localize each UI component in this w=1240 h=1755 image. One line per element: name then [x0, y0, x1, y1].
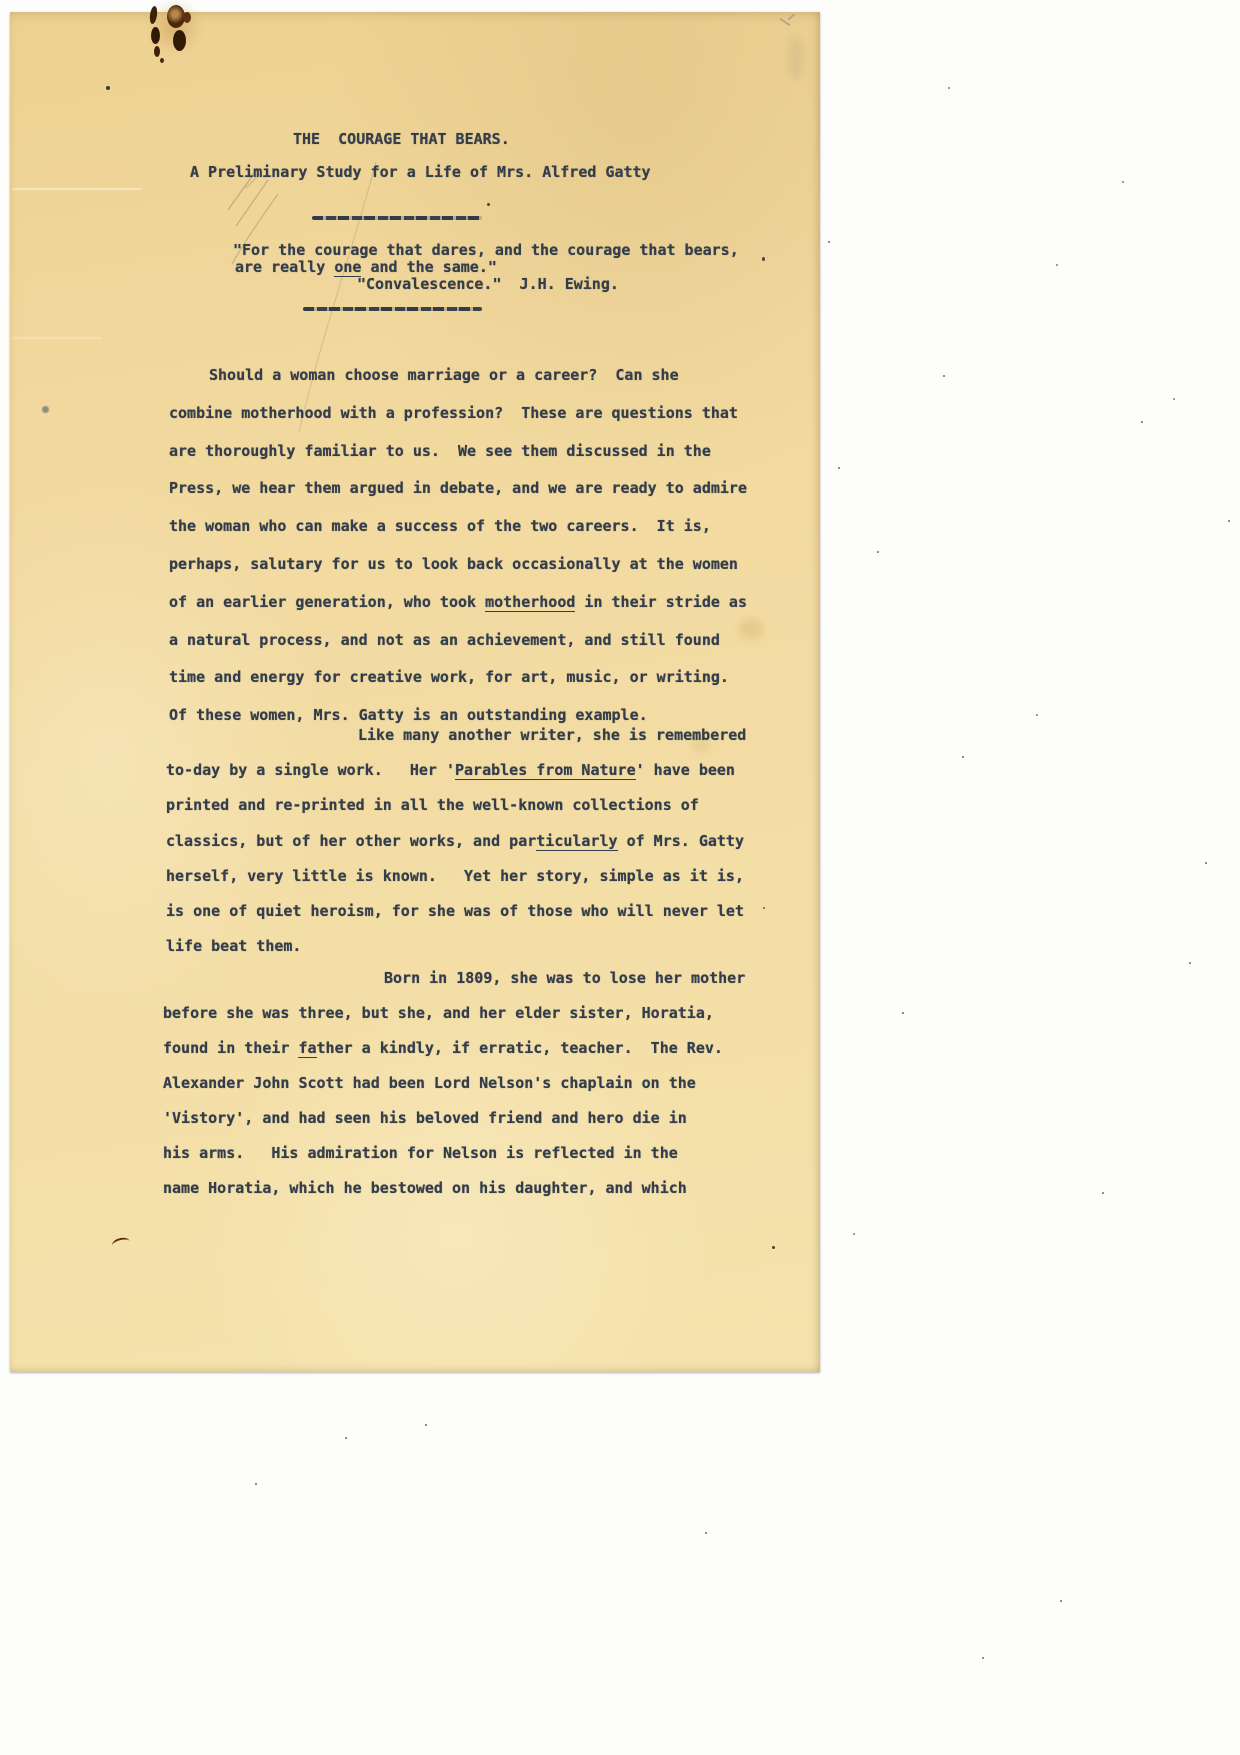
dust-speck [838, 467, 840, 469]
typed-line: combine motherhood with a profession? Th… [169, 404, 738, 423]
typed-line: before she was three, but she, and her e… [163, 1004, 714, 1023]
foxing-spot [738, 618, 764, 640]
typed-line: Alexander John Scott had been Lord Nelso… [163, 1074, 696, 1093]
dust-speck [948, 87, 950, 89]
typed-line: perhaps, salutary for us to look back oc… [169, 555, 738, 574]
typed-line: 'Vistory', and had seen his beloved frie… [163, 1109, 687, 1128]
typed-line: are thoroughly familiar to us. We see th… [169, 442, 711, 461]
dust-speck [1102, 1192, 1104, 1194]
dust-speck [902, 1012, 904, 1014]
divider-rule-top [312, 216, 482, 220]
dust-speck [763, 907, 765, 909]
dust-speck [425, 1424, 427, 1426]
typed-line: to-day by a single work. Her 'Parables f… [166, 761, 735, 780]
dust-speck [828, 241, 830, 243]
dust-speck [877, 551, 879, 553]
foxing-spot [788, 36, 804, 80]
fold-line [12, 337, 102, 339]
dust-speck [853, 1233, 855, 1235]
dust-speck [705, 1532, 707, 1534]
fold-line [12, 188, 142, 190]
dust-speck [1228, 520, 1230, 522]
typed-line: of an earlier generation, who took mothe… [169, 593, 747, 612]
typed-line: Should a woman choose marriage or a care… [209, 366, 679, 385]
typed-line: classics, but of her other works, and pa… [166, 832, 744, 851]
ink-dot [762, 257, 765, 261]
dust-speck [1141, 421, 1143, 423]
typed-line: name Horatia, which he bestowed on his d… [163, 1179, 687, 1198]
dust-speck [982, 1657, 984, 1659]
dust-speck [962, 756, 964, 758]
typed-line: Like many another writer, she is remembe… [358, 726, 746, 745]
typed-line: Press, we hear them argued in debate, an… [169, 479, 747, 498]
typed-line: is one of quiet heroism, for she was of … [166, 902, 744, 921]
ink-dot [106, 86, 110, 90]
typed-line: his arms. His admiration for Nelson is r… [163, 1144, 678, 1163]
dust-speck [345, 1437, 347, 1439]
ink-dot [487, 203, 490, 206]
dust-speck [943, 375, 945, 377]
document-title: THE COURAGE THAT BEARS. [293, 130, 510, 149]
gray-dot [42, 406, 49, 413]
typed-line: found in their father a kindly, if errat… [163, 1039, 723, 1058]
dust-speck [1060, 1600, 1062, 1602]
typed-line: the woman who can make a success of the … [169, 517, 711, 536]
typed-line: Of these women, Mrs. Gatty is an outstan… [169, 706, 648, 725]
divider-rule-bottom [303, 307, 482, 311]
document-subtitle: A Preliminary Study for a Life of Mrs. A… [190, 163, 651, 182]
scanned-document: THE COURAGE THAT BEARS. A Preliminary St… [0, 0, 1240, 1755]
typed-line: life beat them. [166, 937, 301, 956]
ink-dot [772, 1246, 775, 1249]
typed-line: a natural process, and not as an achieve… [169, 631, 720, 650]
dust-speck [1122, 181, 1124, 183]
dust-speck [1036, 714, 1038, 716]
typed-line: herself, very little is known. Yet her s… [166, 867, 744, 886]
epigraph-attribution: "Convalescence." J.H. Ewing. [357, 275, 619, 294]
dust-speck [1056, 264, 1058, 266]
dust-speck [1205, 862, 1207, 864]
typed-line: time and energy for creative work, for a… [169, 668, 729, 687]
typed-line: printed and re-printed in all the well-k… [166, 796, 699, 815]
dust-speck [1173, 398, 1175, 400]
dust-speck [1189, 962, 1191, 964]
dust-speck [255, 1483, 257, 1485]
typed-line: Born in 1809, she was to lose her mother [384, 969, 745, 988]
